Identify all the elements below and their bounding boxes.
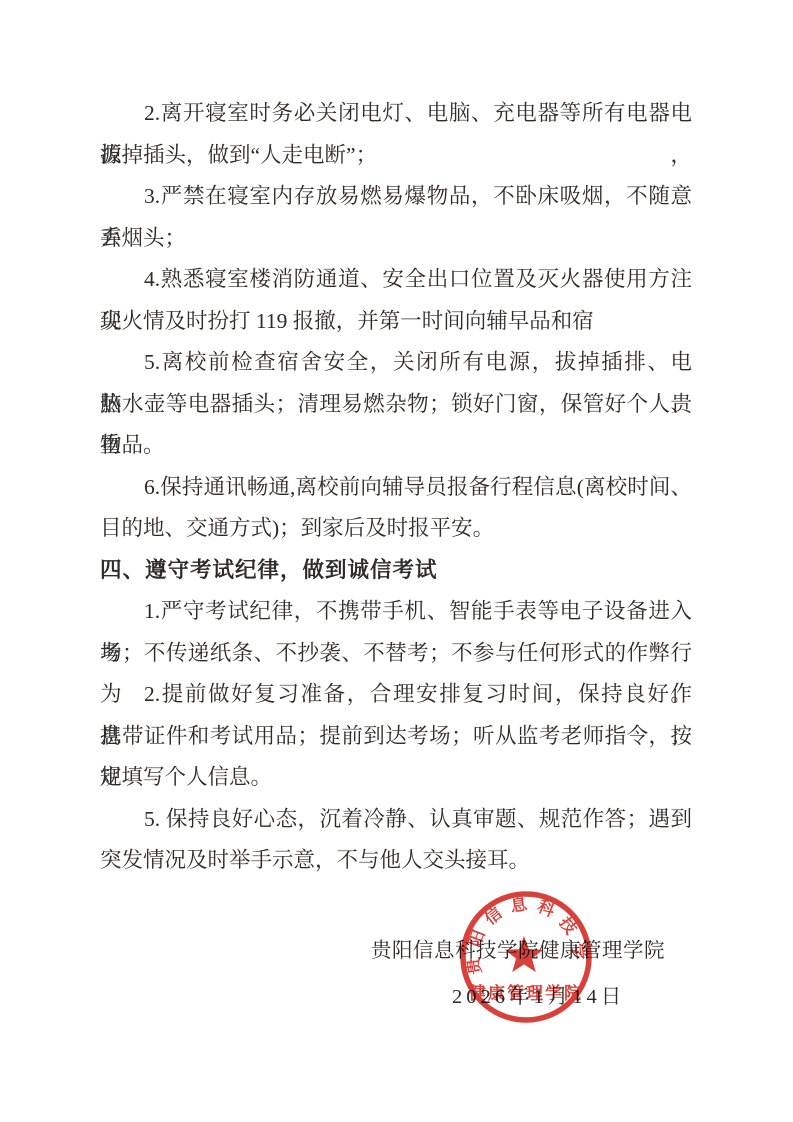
document-line: 3.严禁在寝室内存放易燃易爆物品，不卧床吸烟，不随意丢 (100, 176, 692, 218)
document-line: 2.提前做好复习准备，合理安排复习时间，保持良好作息； (100, 674, 692, 716)
document-line: 四、遵守考试纪律，做到诚信考试 (100, 550, 692, 592)
document-line: 6.保持通讯畅通,离校前向辅导员报备行程信息(离校时间、 (100, 467, 692, 509)
document-line: 5. 保持良好心态，沉着冷静、认真审题、规范作答；遇到 (100, 799, 692, 841)
document-body: 2.离开寝室时务必关闭电灯、电脑、充电器等所有电器电源，拔掉插头，做到“人走电断… (100, 0, 692, 882)
document-line: 现火情及时扮打 119 报撤，并第一时间向辅早品和宿 (100, 301, 692, 343)
document-line: 携带证件和考试用品；提前到达考场；听从监考老师指令，按规 (100, 716, 692, 758)
document-line: 热水壶等电器插头；清理易燃杂物；锁好门窗，保管好个人贵重 (100, 384, 692, 426)
document-line: 1.严守考试纪律，不携带手机、智能手表等电子设备进入考 (100, 591, 692, 633)
document-line: 2.离开寝室时务必关闭电灯、电脑、充电器等所有电器电源， (100, 93, 692, 135)
document-line: 突发情况及时举手示意，不与他人交头接耳。 (100, 840, 692, 882)
document-line: 物品。 (100, 425, 692, 467)
seal-bottom-text: 健康管理学院 (468, 983, 583, 1003)
document-line: 定填写个人信息。 (100, 757, 692, 799)
seal-star-icon (505, 936, 543, 972)
document-line: 5.离校前检查宿舍安全，关闭所有电源，拔掉插排、电脑、 (100, 342, 692, 384)
document-line: 弃烟头； (100, 218, 692, 260)
document-line: 4.熟悉寝室楼消防通道、安全出口位置及灭火器使用方注尖 (100, 259, 692, 301)
document-line: 场；不传递纸条、不抄袭、不替考；不参与任何形式的作弊行为。 (100, 633, 692, 675)
document-line: 目的地、交通方式)；到家后及时报平安。 (100, 508, 692, 550)
document-page: 2.离开寝室时务必关闭电灯、电脑、充电器等所有电器电源，拔掉插头，做到“人走电断… (0, 0, 793, 1122)
official-seal: 贵阳信息科技学院 健康管理学院 (456, 889, 596, 1027)
